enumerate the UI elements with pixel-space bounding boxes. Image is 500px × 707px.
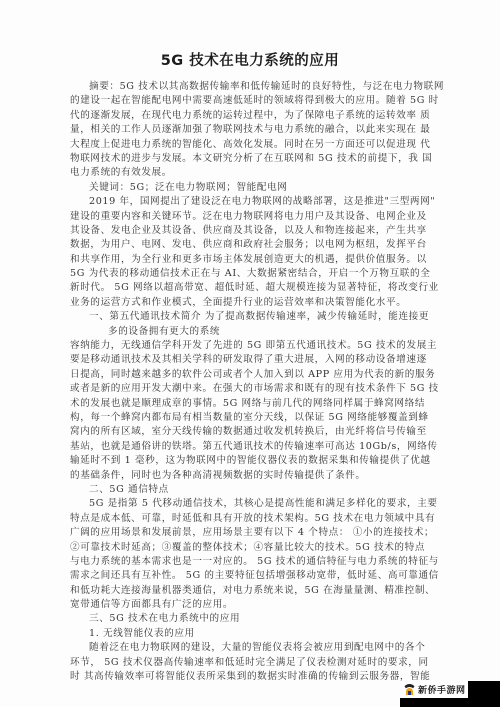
text-line: 术的发展也就是顺理成章的事情。5G 网络与前几代的网络同样属于蜂窝网络结 — [70, 397, 432, 411]
text-line: ②可靠技术时延高；③覆盖的整体技术；④容量比较大的技术。5G 技术的特点 — [70, 541, 432, 555]
document-title: 5G 技术在电力系统的应用 — [0, 49, 500, 70]
text-line: 5G 是指第 5 代移动通信技术，其核心是提高性能和满足多样化的要求，主要 — [70, 497, 432, 511]
text-line: 与电力系统的基本需求也是一一对应的。 5G 技术的通信特征与电力系统的特征与 — [70, 555, 432, 569]
text-line: 或者是新的应用开发大潮中来。在强大的市场需求和既有的现有技术条件下 5G 技 — [70, 382, 432, 396]
text-line: 数据，为用户、电网、发电、供应商和政府社会服务；以电网为枢纽，发挥平台 — [70, 238, 432, 252]
house-logo-icon — [403, 684, 416, 695]
text-line: 和共享作用，为全行业和更多市场主体发展创造更大的机遇，提供价值服务。以 — [70, 253, 432, 267]
text-line: 5G 为代表的移动通信技术正在与 AI、大数据紧密结合，开启一个万物互联的全 — [70, 267, 432, 281]
text-line: 其设备、发电企业及其设备、供应商及其设备，以及人和物连接起来，产生共享 — [70, 224, 432, 238]
text-line: 的建设一起在智能配电网中需要高速低延时的领域将得到极大的应用。随着 5G 时 — [70, 94, 432, 108]
text-line: 特点是成本低、可靠，时延低和具有开放的技术架构。5G 技术在电力领域中具有 — [70, 512, 432, 526]
text-line: 输延时不到 1 毫秒，这为物联网中的智能仪器仪表的数据采集和传输提供了优越 — [70, 454, 432, 468]
text-line: 代的逐渐发展，在现代电力系统的运转过程中，为了保障电子系统的运转效率 质 — [70, 109, 432, 123]
text-line: 容纳能力，无线通信学科开发了先进的 5G 即第五代通讯技术。5G 技术的发展主 — [70, 339, 432, 353]
text-line: 需求之间还具有互补性。 5G 的主要特征包括增强移动宽带，低时延、高可靠通信 — [70, 569, 432, 583]
text-line: 1. 无线智能仪表的应用 — [70, 627, 432, 641]
text-line: 2019 年，国网提出了建设泛在电力物联网的战略部署，这是推进"三型两网" — [70, 195, 432, 209]
text-line: 随着泛在电力物联网的建设，大量的智能仪表将会被应用到配电网中的各个 — [70, 641, 432, 655]
text-line: 大程度上促进电力系统的智能化、高效化发展。同时在另一方面还可以促进现 代 — [70, 138, 432, 152]
text-line: 建设的重要内容和关键环节。泛在电力物联网将电力用户及其设备、电网企业及 — [70, 210, 432, 224]
text-line: 多的设备拥有更大的系统 — [70, 325, 432, 339]
text-line: 窝内的所有区域，室分天线传输的数据通过收发机转换后，由光纤将信号传输至 — [70, 425, 432, 439]
text-line: 量，相关的工作人员逐渐加强了物联网技术与电力系统的融合，以此来实现在 最 — [70, 123, 432, 137]
watermark-text: 新侨手游网 — [418, 683, 466, 696]
document-page: 5G 技术在电力系统的应用 摘要：5G 技术以其高数据传输率和低传输延时的良好特… — [0, 0, 500, 707]
text-line: 要是移动通讯技术及其相关学科的研发取得了重大进展，入网的移动设备增速逐 — [70, 353, 432, 367]
text-line: 宽带通信等方面都具有广泛的应用。 — [70, 598, 432, 612]
text-line: 电力系统的有效发展。 — [70, 166, 432, 180]
text-line: 一、第五代通讯技术简介 为了提高数据传输速率，减少传输延时，能连接更 — [70, 310, 432, 324]
text-line: 三、5G 技术在电力系统中的应用 — [70, 612, 432, 626]
document-body: 摘要：5G 技术以其高数据传输率和低传输延时的良好特性，与泛在电力物联网的建设一… — [70, 80, 432, 684]
text-line: 环节， 5G 技术仪器高传输速率和低延时完全满足了仪表检测对延时的要求，同 — [70, 656, 432, 670]
text-line: 摘要：5G 技术以其高数据传输率和低传输延时的良好特性，与泛在电力物联网 — [70, 80, 432, 94]
text-line: 日提高，同时越来越多的软件公司或者个人加入到以 APP 应用为代表的新的服务 — [70, 368, 432, 382]
watermark-badge: 新侨手游网 — [400, 681, 468, 698]
text-line: 广阔的应用场景和发展前景，应用场景主要有以下 4 个特点： ①小的连接技术； — [70, 526, 432, 540]
text-line: 基站，也就是通俗讲的铁塔。第五代通讯技术的传输速率可高达 10Gb/s，网络传 — [70, 440, 432, 454]
text-line: 物联网技术的进步与发展。本文研究分析了在互联网和 5G 技术的前提下，我 国 — [70, 152, 432, 166]
text-line: 业务的运营方式和作业模式，全面提升行业的运营效率和决策智能化水平。 — [70, 296, 432, 310]
text-line: 构，每一个蜂窝内都布局有相当数量的室分天线，以保证 5G 网络能够覆盖到蜂 — [70, 411, 432, 425]
text-line: 时 其高传输效率可将智能仪表所采集到的数据实时准确的传输到云服务器，智能 — [70, 670, 432, 684]
text-line: 的基础条件，同时也为各种高清视频数据的实时传输提供了条件。 — [70, 469, 432, 483]
watermark: 新侨手游网 — [400, 681, 500, 707]
text-line: 新时代。 5G 网络以超高带宽、超低时延、超大规模连接为显著特征，将改变行业 — [70, 281, 432, 295]
text-line: 二、5G 通信特点 — [70, 483, 432, 497]
text-line: 和低功耗大连接海量机器类通信，对电力系统来说，5G 在海量量测、精准控制、 — [70, 584, 432, 598]
text-line: 关键词：5G；泛在电力物联网；智能配电网 — [70, 181, 432, 195]
